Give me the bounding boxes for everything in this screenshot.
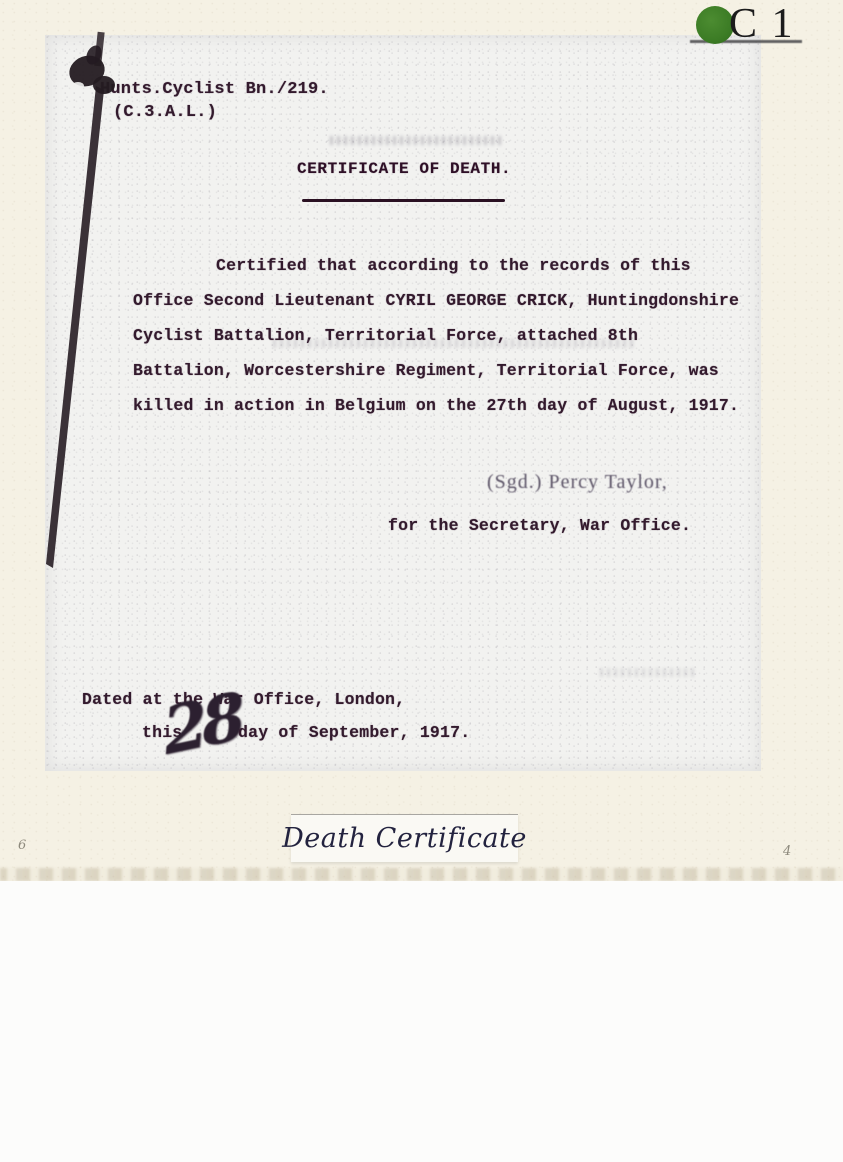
pin-artifact: [30, 28, 120, 576]
signatory-line: for the Secretary, War Office.: [388, 516, 691, 535]
caption-label-strip: Death Certificate: [291, 814, 518, 862]
dated-at-line: Dated at the War Office, London,: [82, 690, 405, 709]
body-line: killed in action in Belgium on the 27th …: [133, 388, 758, 423]
ink-bleed-smudge-lower: [600, 668, 695, 677]
body-line: Certified that according to the records …: [133, 248, 758, 283]
scanner-background: [0, 881, 843, 1162]
pencil-mark-right: 4: [783, 844, 791, 859]
body-line: Office Second Lieutenant CYRIL GEORGE CR…: [133, 283, 758, 318]
certificate-title: CERTIFICATE OF DEATH.: [297, 160, 511, 178]
caption-text: Death Certificate: [282, 823, 527, 854]
body-line: Battalion, Worcestershire Regiment, Terr…: [133, 353, 758, 388]
album-page: Hunts.Cyclist Bn./219. (C.3.A.L.) CERTIF…: [0, 0, 843, 881]
title-underline: [302, 199, 505, 202]
reference-line-1: Hunts.Cyclist Bn./219.: [100, 80, 329, 99]
ink-bleed-smudge-top: [330, 136, 505, 145]
signature-line: (Sgd.) Percy Taylor,: [487, 471, 668, 494]
ink-bleed-smudge-middle: [273, 339, 633, 348]
album-page-bottom-edge: [0, 868, 843, 881]
pencil-mark-left: 6: [18, 838, 26, 853]
reference-line-2: (C.3.A.L.): [113, 103, 217, 122]
scanned-certificate: Hunts.Cyclist Bn./219. (C.3.A.L.) CERTIF…: [45, 35, 761, 771]
corner-code-label: C 1: [729, 0, 795, 48]
certificate-body: Certified that according to the records …: [133, 248, 758, 423]
date-rest-line: day of September, 1917.: [238, 723, 470, 742]
handwritten-day-28: 28: [160, 679, 243, 770]
